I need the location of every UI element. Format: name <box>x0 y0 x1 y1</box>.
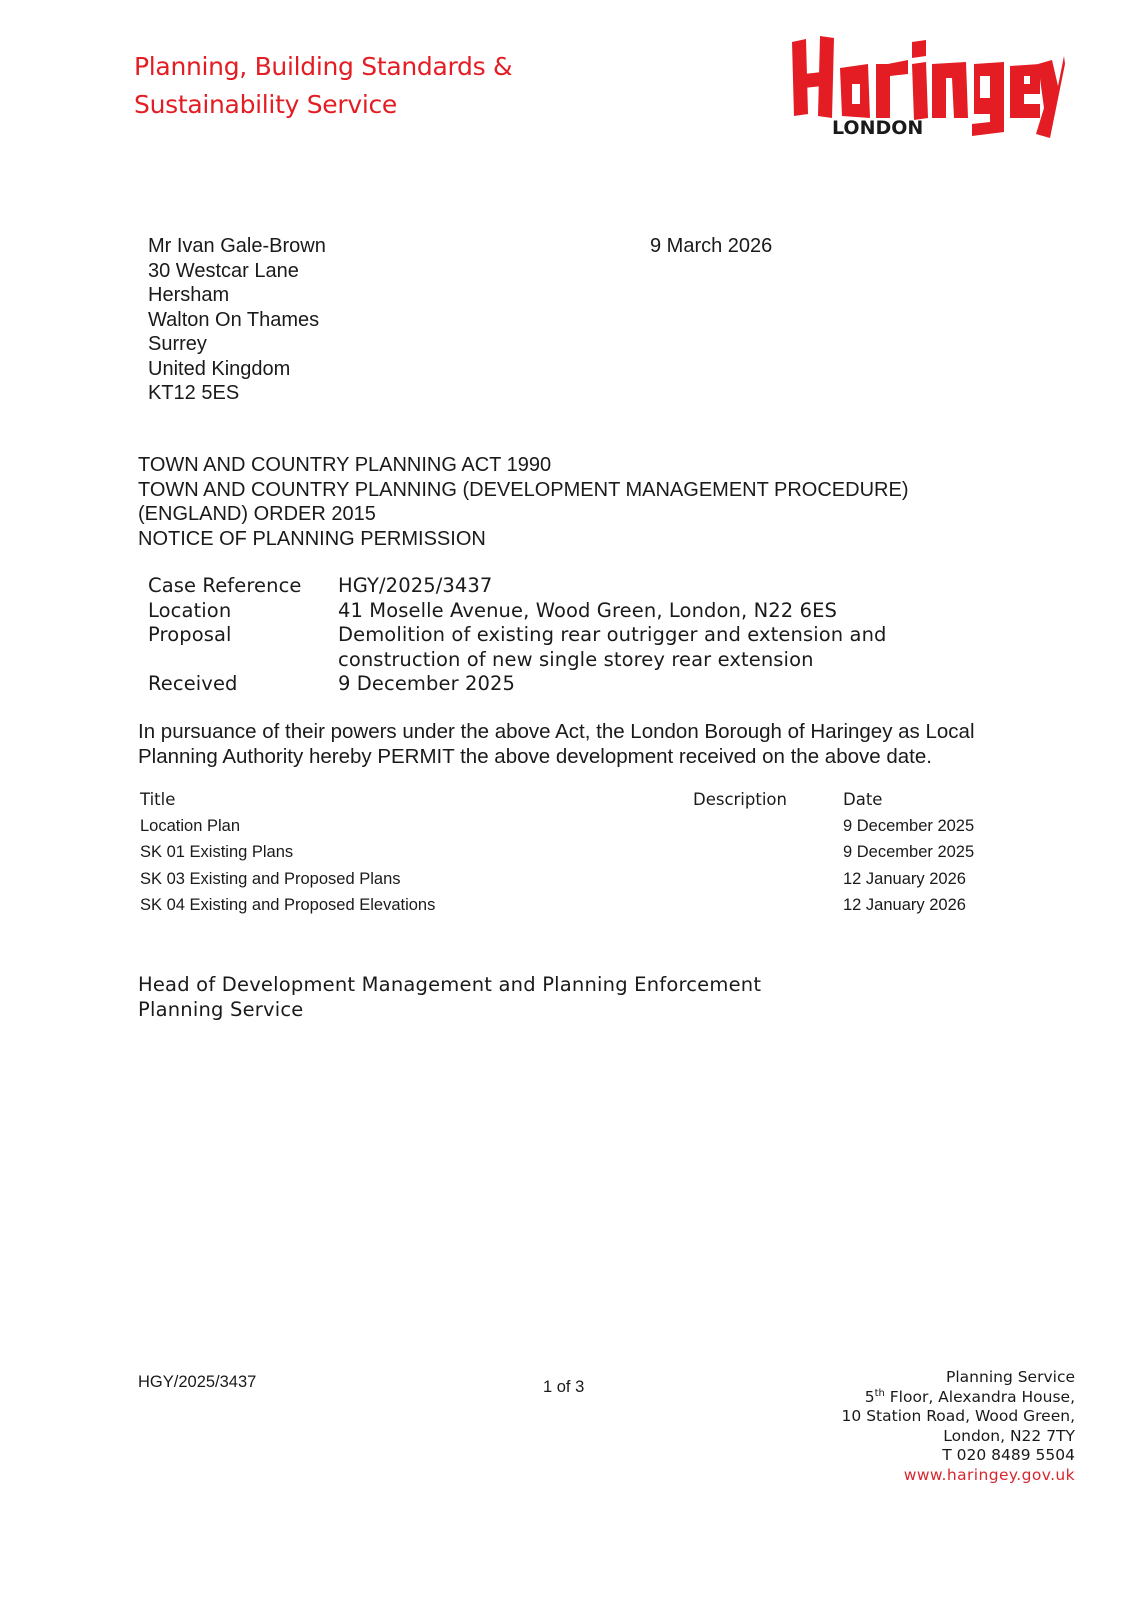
heading-order-line-1: TOWN AND COUNTRY PLANNING (DEVELOPMENT M… <box>138 478 908 503</box>
heading-notice: NOTICE OF PLANNING PERMISSION <box>138 527 908 552</box>
proposal-value-line-1: Demolition of existing rear outrigger an… <box>338 623 887 648</box>
plan-title: Location Plan <box>140 817 240 836</box>
received-label: Received <box>148 672 338 697</box>
received-row: Received 9 December 2025 <box>148 672 887 697</box>
haringey-logo: LONDON <box>790 34 1065 140</box>
signature-block: Head of Development Management and Plann… <box>138 973 761 1022</box>
proposal-label: Proposal <box>148 623 338 672</box>
recipient-address-line: Walton On Thames <box>148 308 326 333</box>
service-title-line-2: Sustainability Service <box>134 86 512 124</box>
recipient-postcode: KT12 5ES <box>148 381 326 406</box>
plan-date: 9 December 2025 <box>843 817 974 836</box>
column-header-title: Title <box>140 790 175 809</box>
proposal-row: Proposal Demolition of existing rear out… <box>148 623 887 672</box>
recipient-address-line: Hersham <box>148 283 326 308</box>
signatory-title: Head of Development Management and Plann… <box>138 973 761 998</box>
legal-headings: TOWN AND COUNTRY PLANNING ACT 1990 TOWN … <box>138 453 908 551</box>
service-title: Planning, Building Standards & Sustainab… <box>134 48 512 124</box>
footer-address: Planning Service 5th Floor, Alexandra Ho… <box>842 1368 1075 1485</box>
letter-date: 9 March 2026 <box>650 234 772 259</box>
haringey-logo-icon: LONDON <box>790 34 1065 140</box>
location-row: Location 41 Moselle Avenue, Wood Green, … <box>148 599 887 624</box>
recipient-address-line: United Kingdom <box>148 357 326 382</box>
case-reference-label: Case Reference <box>148 574 338 599</box>
footer-website-link[interactable]: www.haringey.gov.uk <box>842 1466 1075 1486</box>
case-details: Case Reference HGY/2025/3437 Location 41… <box>148 574 887 697</box>
case-reference-row: Case Reference HGY/2025/3437 <box>148 574 887 599</box>
plan-title: SK 01 Existing Plans <box>140 843 293 862</box>
plan-title: SK 03 Existing and Proposed Plans <box>140 870 401 889</box>
footer-street: 10 Station Road, Wood Green, <box>842 1407 1075 1427</box>
heading-act: TOWN AND COUNTRY PLANNING ACT 1990 <box>138 453 908 478</box>
footer-floor: 5th Floor, Alexandra House, <box>842 1388 1075 1408</box>
column-header-date: Date <box>843 790 882 809</box>
permission-statement-line-2: Planning Authority hereby PERMIT the abo… <box>138 745 975 770</box>
footer-city: London, N22 7TY <box>842 1427 1075 1447</box>
proposal-value: Demolition of existing rear outrigger an… <box>338 623 887 672</box>
footer-phone: T 020 8489 5504 <box>842 1446 1075 1466</box>
svg-text:LONDON: LONDON <box>832 117 923 139</box>
recipient-address-line: 30 Westcar Lane <box>148 259 326 284</box>
plan-date: 9 December 2025 <box>843 843 974 862</box>
case-reference-value: HGY/2025/3437 <box>338 574 492 599</box>
footer-case-reference: HGY/2025/3437 <box>138 1373 256 1392</box>
permission-statement: In pursuance of their powers under the a… <box>138 720 975 769</box>
footer-service-name: Planning Service <box>842 1368 1075 1388</box>
recipient-address: Mr Ivan Gale-Brown 30 Westcar Lane Hersh… <box>148 234 326 406</box>
recipient-address-line: Surrey <box>148 332 326 357</box>
permission-statement-line-1: In pursuance of their powers under the a… <box>138 720 975 745</box>
location-label: Location <box>148 599 338 624</box>
received-value: 9 December 2025 <box>338 672 515 697</box>
heading-order-line-2: (ENGLAND) ORDER 2015 <box>138 502 908 527</box>
service-title-line-1: Planning, Building Standards & <box>134 48 512 86</box>
proposal-value-line-2: construction of new single storey rear e… <box>338 648 887 673</box>
page-number: 1 of 3 <box>543 1378 584 1397</box>
location-value: 41 Moselle Avenue, Wood Green, London, N… <box>338 599 837 624</box>
column-header-description: Description <box>693 790 787 809</box>
recipient-name: Mr Ivan Gale-Brown <box>148 234 326 259</box>
plan-title: SK 04 Existing and Proposed Elevations <box>140 896 435 915</box>
plan-date: 12 January 2026 <box>843 870 966 889</box>
plan-date: 12 January 2026 <box>843 896 966 915</box>
signatory-department: Planning Service <box>138 998 761 1023</box>
